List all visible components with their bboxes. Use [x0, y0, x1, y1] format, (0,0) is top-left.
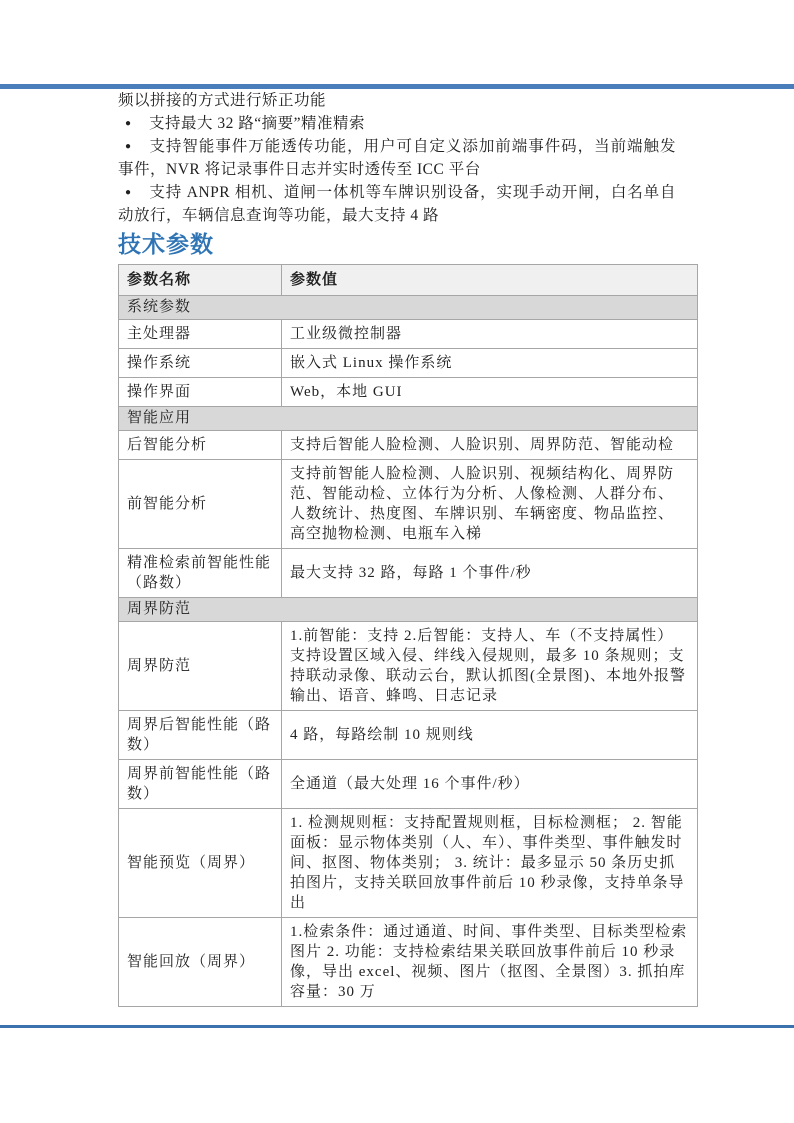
table-row: 后智能分析支持后智能人脸检测、人脸识别、周界防范、智能动检	[119, 431, 698, 460]
table-row: 操作界面Web，本地 GUI	[119, 378, 698, 407]
param-name-header: 参数名称	[119, 265, 282, 296]
paragraph-text: 支持最大 32 路“摘要”精准精索	[149, 115, 365, 132]
spec-table-body: 系统参数主处理器工业级微控制器操作系统嵌入式 Linux 操作系统操作界面Web…	[119, 296, 698, 1007]
bullet-icon: ●	[118, 135, 149, 158]
table-row: 智能回放（周界）1.检索条件：通过通道、时间、事件类型、目标类型检索图片 2. …	[119, 918, 698, 1007]
param-value-cell: 支持后智能人脸检测、人脸识别、周界防范、智能动检	[282, 431, 698, 460]
param-name-cell: 精准检索前智能性能（路数）	[119, 549, 282, 598]
param-value-header: 参数值	[282, 265, 698, 296]
bullet-paragraph: ●支持智能事件万能透传功能，用户可自定义添加前端事件码，当前端触发事件，NVR …	[118, 135, 676, 181]
param-name-cell: 后智能分析	[119, 431, 282, 460]
param-value-cell: 嵌入式 Linux 操作系统	[282, 349, 698, 378]
document-page: 频以拼接的方式进行矫正功能●支持最大 32 路“摘要”精准精索●支持智能事件万能…	[0, 0, 794, 1123]
section-row: 智能应用	[119, 407, 698, 431]
text-paragraph: 频以拼接的方式进行矫正功能	[118, 89, 676, 112]
param-value-cell: 4 路，每路绘制 10 规则线	[282, 711, 698, 760]
table-row: 前智能分析支持前智能人脸检测、人脸识别、视频结构化、周界防范、智能动检、立体行为…	[119, 460, 698, 549]
table-row: 主处理器工业级微控制器	[119, 320, 698, 349]
param-name-cell: 周界防范	[119, 622, 282, 711]
param-name-cell: 主处理器	[119, 320, 282, 349]
table-row: 周界前智能性能（路数）全通道（最大处理 16 个事件/秒）	[119, 760, 698, 809]
param-value-cell: 1. 检测规则框：支持配置规则框，目标检测框； 2. 智能面板：显示物体类别（人…	[282, 809, 698, 918]
param-value-cell: 1.检索条件：通过通道、时间、事件类型、目标类型检索图片 2. 功能：支持检索结…	[282, 918, 698, 1007]
section-heading: 技术参数	[118, 226, 214, 259]
section-row: 周界防范	[119, 598, 698, 622]
param-name-cell: 前智能分析	[119, 460, 282, 549]
table-row: 周界防范1.前智能：支持 2.后智能：支持人、车（不支持属性）支持设置区域入侵、…	[119, 622, 698, 711]
table-row: 操作系统嵌入式 Linux 操作系统	[119, 349, 698, 378]
bullet-paragraph: ●支持 ANPR 相机、道闸一体机等车牌识别设备，实现手动开闸，白名单自动放行，…	[118, 181, 676, 227]
bullet-icon: ●	[118, 112, 149, 135]
table-row: 周界后智能性能（路数）4 路，每路绘制 10 规则线	[119, 711, 698, 760]
paragraph-text: 频以拼接的方式进行矫正功能	[118, 92, 326, 109]
param-name-cell: 操作界面	[119, 378, 282, 407]
param-name-cell: 操作系统	[119, 349, 282, 378]
spec-table: 参数名称 参数值 系统参数主处理器工业级微控制器操作系统嵌入式 Linux 操作…	[118, 264, 698, 1007]
param-value-cell: 工业级微控制器	[282, 320, 698, 349]
bullet-paragraph: ●支持最大 32 路“摘要”精准精索	[118, 112, 676, 135]
section-label: 系统参数	[119, 296, 698, 320]
table-row: 智能预览（周界）1. 检测规则框：支持配置规则框，目标检测框； 2. 智能面板：…	[119, 809, 698, 918]
bullet-icon: ●	[118, 181, 149, 204]
table-row: 精准检索前智能性能（路数）最大支持 32 路，每路 1 个事件/秒	[119, 549, 698, 598]
table-header-row: 参数名称 参数值	[119, 265, 698, 296]
param-name-cell: 周界后智能性能（路数）	[119, 711, 282, 760]
paragraph-text: 支持 ANPR 相机、道闸一体机等车牌识别设备，实现手动开闸，白名单自动放行，车…	[118, 184, 676, 224]
param-value-cell: 全通道（最大处理 16 个事件/秒）	[282, 760, 698, 809]
paragraph-text: 支持智能事件万能透传功能，用户可自定义添加前端事件码，当前端触发事件，NVR 将…	[118, 138, 676, 178]
param-value-cell: 支持前智能人脸检测、人脸识别、视频结构化、周界防范、智能动检、立体行为分析、人像…	[282, 460, 698, 549]
section-label: 周界防范	[119, 598, 698, 622]
param-name-cell: 智能回放（周界）	[119, 918, 282, 1007]
param-name-cell: 周界前智能性能（路数）	[119, 760, 282, 809]
section-label: 智能应用	[119, 407, 698, 431]
param-value-cell: Web，本地 GUI	[282, 378, 698, 407]
param-value-cell: 最大支持 32 路，每路 1 个事件/秒	[282, 549, 698, 598]
bottom-divider	[0, 1025, 794, 1028]
section-row: 系统参数	[119, 296, 698, 320]
param-name-cell: 智能预览（周界）	[119, 809, 282, 918]
intro: 频以拼接的方式进行矫正功能●支持最大 32 路“摘要”精准精索●支持智能事件万能…	[118, 89, 676, 227]
param-value-cell: 1.前智能：支持 2.后智能：支持人、车（不支持属性）支持设置区域入侵、绊线入侵…	[282, 622, 698, 711]
